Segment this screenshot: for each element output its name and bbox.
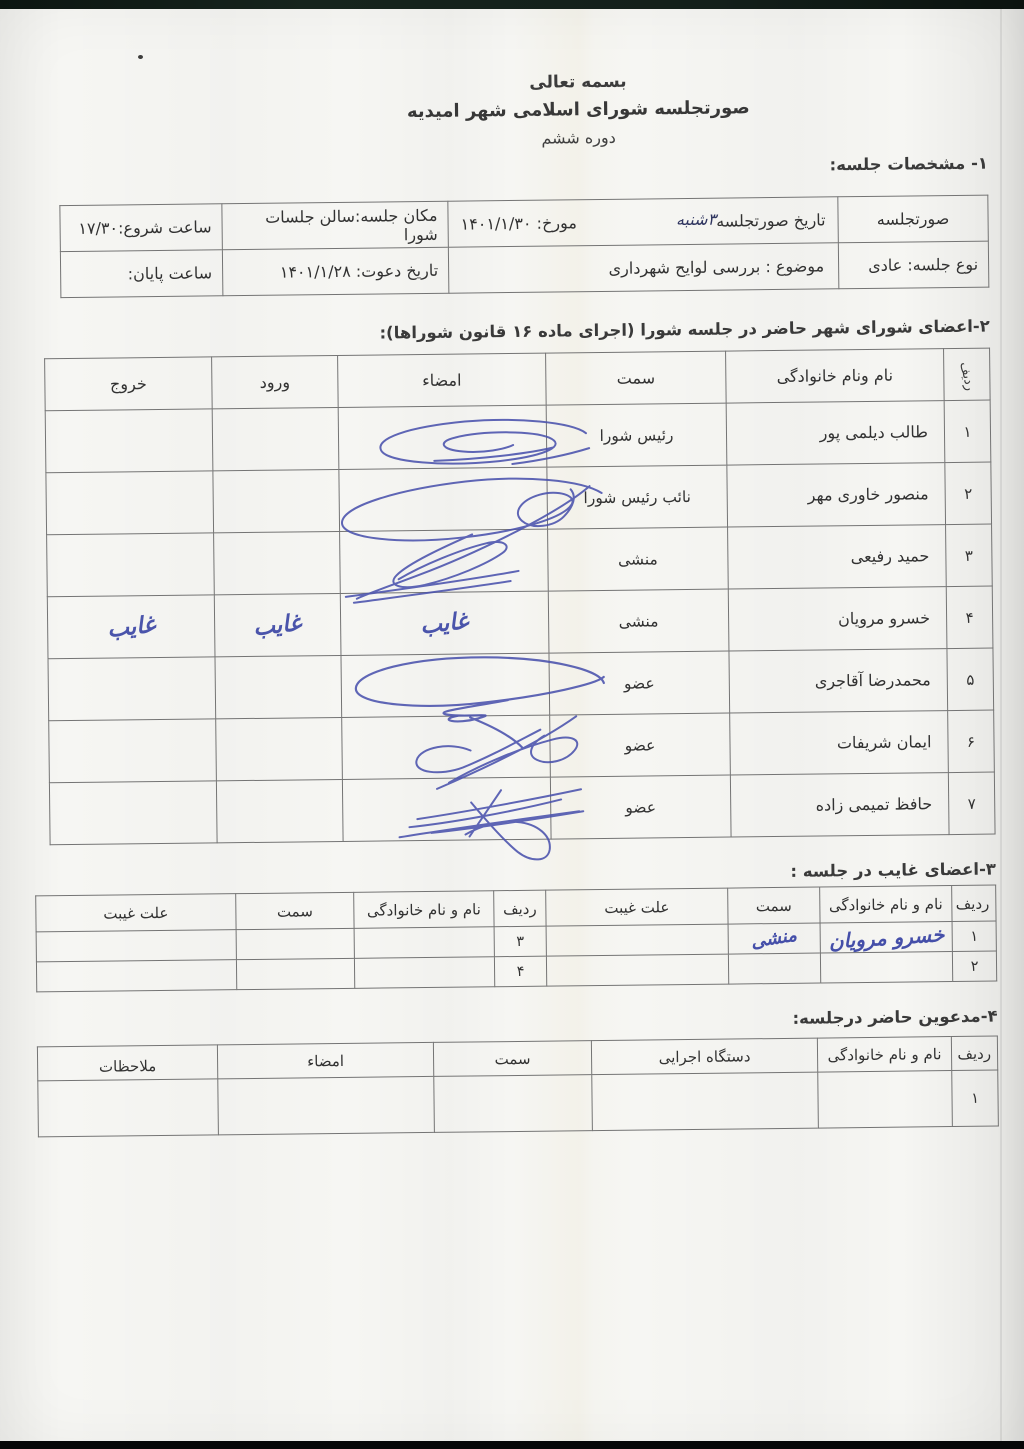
member-name: محمدرضا آقاجری [729,649,948,713]
absentee-position: منشی [728,923,820,954]
handwritten-absentee-name: خسرو مرویان [828,922,945,953]
exit-cell [49,781,217,845]
entry-cell [215,655,342,718]
exit-cell [49,719,217,783]
absentee-position [236,958,354,989]
member-name: ایمان شریفات [730,711,949,775]
member-row-absent: ۴ خسرو مرویان منشی غایب غایب غایب [47,586,993,659]
absentee-position [236,928,354,959]
exit-cell [45,409,213,473]
absentee-name [354,957,494,989]
entry-cell [214,531,341,594]
invitee-agency [592,1072,819,1131]
minutes-date-cell: تاریخ صورتجلسه۳شنبه مورخ: ۱۴۰۱/۱/۳۰ [448,197,838,247]
invite-date-cell: تاریخ دعوت: ۱۴۰۱/۱/۲۸ [222,247,449,296]
member-no: ۴ [946,586,993,649]
member-row: ۳ حمید رفیعی منشی [47,524,993,597]
signature-cell [340,529,549,593]
absentee-name [354,927,494,959]
col-full-name: نام و نام خانوادگی [820,886,952,923]
exit-cell [48,657,216,721]
member-position: رئیس شورا [546,403,727,467]
section2-heading: ۲-اعضای شورای شهر حاضر در جلسه شورا (اجر… [28,316,990,349]
member-row: ۶ ایمان شریفات عضو [49,710,995,783]
col-agency: دستگاه اجرایی [591,1038,817,1075]
member-no: ۷ [948,772,995,835]
invitee-position [434,1075,593,1133]
col-position: سمت [546,351,727,405]
col-entry: ورود [212,355,339,408]
entry-cell [216,717,343,780]
present-members-table: ردیف نام ونام خانوادگی سمت امضاء ورود خر… [44,348,995,846]
signature-cell [339,467,548,531]
member-position: منشی [548,589,729,653]
member-no: ۲ [945,462,992,525]
member-name: حمید رفیعی [728,525,947,589]
member-name: خسرو مرویان [728,587,947,651]
absent-members-table: ردیف نام و نام خانوادگی سمت علت غیبت ردی… [35,885,997,993]
col-notes: ملاحظات [37,1045,217,1081]
meeting-subject-cell: موضوع : بررسی لوایح شهرداری [448,243,838,293]
signature-cell [342,777,551,841]
absence-reason [546,924,728,956]
handwritten-absentee-position: منشی [750,925,799,953]
absentee-name: خسرو مرویان [820,922,952,953]
absent-mark: غایب [106,611,157,642]
handwritten-weekday: ۳شنبه [676,210,716,229]
col-position: سمت [236,892,354,929]
absentee-no: ۲ [952,951,996,981]
dated-label: مورخ: ۱۴۰۱/۱/۳۰ [460,213,577,233]
signature-cell [341,653,550,717]
absence-reason [36,930,236,962]
absent-mark: غایب [419,608,470,639]
col-row-number: ردیف [951,1036,997,1071]
member-row: ۷ حافظ تمیمی زاده عضو [49,772,995,845]
absentee-name [820,952,952,983]
invitee-no: ۱ [952,1070,999,1127]
member-position: منشی [548,527,729,591]
end-time-cell: ساعت پایان: [60,250,223,298]
section1-heading: ۱- مشخصات جلسه: [26,153,988,186]
absence-reason [36,960,236,992]
member-row: ۱ طالب دیلمی پور رئیس شورا [45,400,991,473]
entry-cell [212,407,339,470]
absentee-no: ۴ [494,956,546,987]
scanned-meeting-minutes-page: بسمه تعالی صورتجلسه شورای اسلامی شهر امی… [0,0,1024,1449]
col-position: سمت [433,1041,591,1077]
signature-cell: غایب [340,591,549,655]
invitees-table: ردیف نام و نام خانوادگی دستگاه اجرایی سم… [37,1036,999,1138]
absence-reason [546,954,728,986]
member-row: ۵ محمدرضا آقاجری عضو [48,648,994,721]
entry-cell: غایب [214,593,341,656]
document-header: بسمه تعالی صورتجلسه شورای اسلامی شهر امی… [97,64,1024,157]
member-position: عضو [550,713,731,777]
invitee-row: ۱ [38,1070,999,1137]
meeting-location-cell: مکان جلسه:سالن جلسات شورا [222,201,449,250]
section4-heading: ۴-مدعوین حاضر درجلسه: [36,1006,998,1039]
col-absence-reason: علت غیبت [546,888,728,926]
col-signature: امضاء [338,353,547,407]
col-full-name: نام و نام خانوادگی [817,1037,951,1073]
absent-mark: غایب [252,609,303,640]
meeting-info-table: صورتجلسه تاریخ صورتجلسه۳شنبه مورخ: ۱۴۰۱/… [59,195,989,299]
invitee-signature [218,1076,435,1134]
col-row-number: ردیف [952,885,996,921]
member-position: نائب رئیس شورا [547,465,728,529]
col-signature: امضاء [217,1042,433,1078]
member-no: ۶ [948,710,995,773]
minutes-date-label: تاریخ صورتجلسه۳شنبه [676,210,826,231]
member-row: ۲ منصور خاوری مهر نائب رئیس شورا [46,462,992,535]
member-position: عضو [550,775,731,839]
col-row-number: ردیف [494,890,546,927]
minutes-label-cell: صورتجلسه [838,195,989,243]
meeting-info-row-2: نوع جلسه: عادی موضوع : بررسی لوایح شهردا… [60,241,988,298]
exit-cell [46,471,214,535]
member-name: حافظ تمیمی زاده [730,773,949,837]
document-sheet: بسمه تعالی صورتجلسه شورای اسلامی شهر امی… [24,0,1002,1449]
entry-cell [216,779,343,842]
exit-cell: غایب [47,595,215,659]
invitee-name [818,1071,953,1129]
col-position: سمت [728,887,820,924]
invitee-notes [38,1079,219,1137]
member-no: ۱ [944,400,991,463]
signature-cell [338,405,547,469]
col-row-number: ردیف [944,348,991,401]
signature-cell [342,715,551,779]
member-name: منصور خاوری مهر [727,463,946,527]
member-name: طالب دیلمی پور [726,401,945,465]
member-position: عضو [549,651,730,715]
col-full-name: نام ونام خانوادگی [726,349,945,403]
member-no: ۳ [946,524,993,587]
col-exit: خروج [45,357,213,411]
absentee-no: ۳ [494,926,546,957]
meeting-type-cell: نوع جلسه: عادی [838,241,989,289]
col-absence-reason: علت غیبت [36,894,236,932]
absentee-position [728,953,820,984]
start-time-cell: ساعت شروع:۱۷/۳۰ [60,204,223,252]
member-no: ۵ [947,648,994,711]
exit-cell [47,533,215,597]
absentee-no: ۱ [952,921,996,951]
entry-cell [213,469,340,532]
paper-crease [1000,9,1002,1441]
col-full-name: نام و نام خانوادگی [354,891,494,929]
